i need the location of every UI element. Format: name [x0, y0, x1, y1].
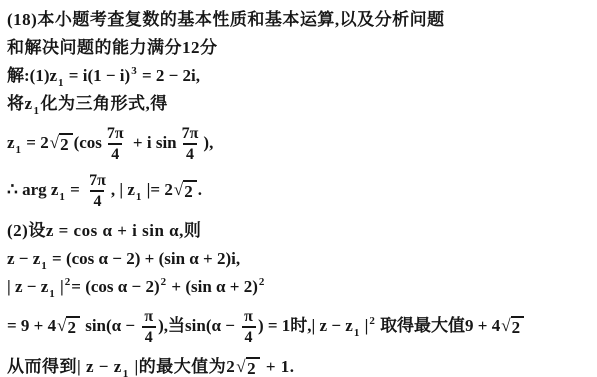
solution-part1-step2: 将z1化为三角形式,得	[7, 91, 592, 117]
math-text: + (sin α + 2)	[167, 277, 258, 296]
math-text: = i(1 − i)	[65, 66, 131, 85]
subscript: 1	[59, 191, 65, 203]
math-text: =	[66, 180, 84, 199]
subscript: 1	[16, 144, 22, 156]
math-text: = 9 + 4	[7, 316, 56, 335]
problem-statement-line-1: (18)本小题考查复数的基本性质和基本运算,以及分析问题	[7, 7, 592, 33]
math-text: 将z	[7, 94, 33, 113]
radicand: 2	[59, 133, 73, 154]
superscript: 3	[131, 65, 137, 77]
solution-part1-step1: 解:(1)z1 = i(1 − i)3 = 2 − 2i,	[7, 63, 592, 89]
solution-part2-maximum: = 9 + 4√2 sin(α − π4),当sin(α − π4) = 1时,…	[7, 307, 592, 347]
denominator: 4	[183, 143, 197, 164]
superscript: 2	[259, 276, 265, 288]
subscript: 1	[136, 191, 142, 203]
denominator: 4	[90, 190, 104, 211]
radicand: 2	[66, 316, 80, 337]
radicand: 2	[183, 180, 197, 201]
math-text: ),当sin(α −	[158, 316, 239, 335]
numerator: 7π	[179, 124, 202, 143]
radical-sign: √	[174, 180, 183, 200]
denominator: 4	[108, 143, 122, 164]
math-text: = (cos α − 2) + (sin α + 2)i,	[48, 249, 240, 268]
radical-sign: √	[57, 316, 66, 336]
math-text: 化为三角形式,得	[41, 94, 168, 113]
math-text: |	[360, 316, 368, 335]
numerator: π	[241, 307, 256, 326]
superscript: 2	[161, 276, 167, 288]
math-text: + 1.	[261, 357, 294, 376]
superscript: 2	[65, 276, 71, 288]
numerator: 7π	[86, 171, 109, 190]
math-text: sin(α −	[81, 316, 139, 335]
math-solution-document: (18)本小题考查复数的基本性质和基本运算,以及分析问题 和解决问题的能力满分1…	[0, 0, 597, 377]
math-text: , | z	[111, 180, 135, 199]
square-root: √2	[50, 133, 73, 154]
radicand: 2	[511, 316, 525, 337]
radical-sign: √	[50, 133, 59, 153]
subscript: 1	[34, 105, 40, 117]
square-root: √2	[236, 357, 260, 377]
math-text: ∴ arg z	[7, 180, 58, 199]
solution-part2-difference: z − z1 = (cos α − 2) + (sin α + 2)i,	[7, 246, 592, 272]
fraction: 7π4	[104, 124, 127, 164]
superscript: 2	[369, 315, 375, 327]
math-text: |的最大值为2	[130, 357, 236, 376]
square-root: √2	[174, 180, 197, 201]
problem-statement-line-2: 和解决问题的能力满分12分	[7, 35, 592, 61]
subscript: 1	[49, 288, 55, 300]
subscript: 1	[123, 368, 129, 377]
subscript: 1	[58, 77, 64, 89]
math-text: z	[7, 133, 15, 152]
math-text: ) = 1时,| z − z	[258, 316, 353, 335]
math-text: = 2	[22, 133, 49, 152]
math-text: .	[198, 180, 202, 199]
subscript: 1	[354, 327, 360, 339]
math-text: | z − z	[7, 277, 48, 296]
subscript: 1	[41, 260, 47, 272]
math-text: ),	[203, 133, 213, 152]
fraction: π4	[141, 307, 156, 347]
fraction: 7π4	[179, 124, 202, 164]
solution-conclusion: 从而得到| z − z1 |的最大值为2√2 + 1.	[7, 354, 592, 377]
math-text: |	[56, 277, 64, 296]
math-text: + i sin	[129, 133, 177, 152]
fraction: 7π4	[86, 171, 109, 211]
math-text: = 2 − 2i,	[138, 66, 200, 85]
denominator: 4	[242, 326, 256, 347]
denominator: 4	[142, 326, 156, 347]
solution-part2-modulus-squared: | z − z1 |2= (cos α − 2)2 + (sin α + 2)2	[7, 274, 592, 300]
math-text: (cos	[74, 133, 102, 152]
math-text: 从而得到| z − z	[7, 357, 122, 376]
solution-part2-setup: (2)设z = cos α + i sin α,则	[7, 218, 592, 244]
radical-sign: √	[501, 316, 510, 336]
math-text: 解:(1)z	[7, 66, 57, 85]
math-text: = (cos α − 2)	[71, 277, 159, 296]
math-text: 取得最大值9 + 4	[376, 316, 500, 335]
square-root: √2	[57, 316, 80, 337]
numerator: π	[141, 307, 156, 326]
solution-part1-arg-modulus: ∴ arg z1 = 7π4, | z1 |= 2√2.	[7, 171, 592, 211]
numerator: 7π	[104, 124, 127, 143]
math-text: |= 2	[142, 180, 172, 199]
solution-part1-trig-form: z1 = 2√2(cos7π4 + i sin7π4),	[7, 124, 592, 164]
fraction: π4	[241, 307, 256, 347]
radical-sign: √	[236, 357, 246, 377]
math-text: z − z	[7, 249, 40, 268]
square-root: √2	[501, 316, 524, 337]
radicand: 2	[246, 357, 260, 377]
